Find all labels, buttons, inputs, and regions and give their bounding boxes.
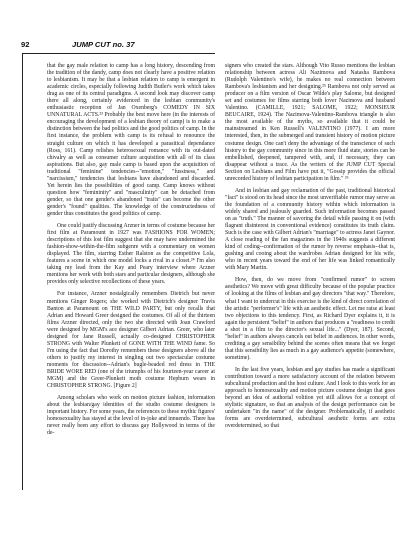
paragraph: In the last five years, lesbian and gay … bbox=[225, 367, 395, 430]
journal-title: JUMP CUT no. 37 bbox=[72, 40, 135, 49]
paragraph: that the gay male relation to camp has a… bbox=[47, 63, 215, 218]
paragraph: For instance, Arzner nostalgically remem… bbox=[47, 291, 215, 390]
paragraph: Among scholars who work on motion pictur… bbox=[47, 395, 215, 437]
frame-top-rule bbox=[22, 53, 215, 54]
left-column: that the gay male relation to camp has a… bbox=[47, 63, 215, 442]
paragraph: signers who created the stars. Although … bbox=[225, 63, 395, 183]
page-number: 92 bbox=[21, 40, 29, 49]
paragraph: One could justify discussing Arzner in t… bbox=[47, 223, 215, 286]
paragraph: How, then, do we move from "confirmed ru… bbox=[225, 277, 395, 362]
right-column: signers who created the stars. Although … bbox=[225, 63, 395, 435]
paragraph: And in lesbian and gay reclamation of th… bbox=[225, 188, 395, 273]
frame-left-rule bbox=[22, 53, 23, 490]
